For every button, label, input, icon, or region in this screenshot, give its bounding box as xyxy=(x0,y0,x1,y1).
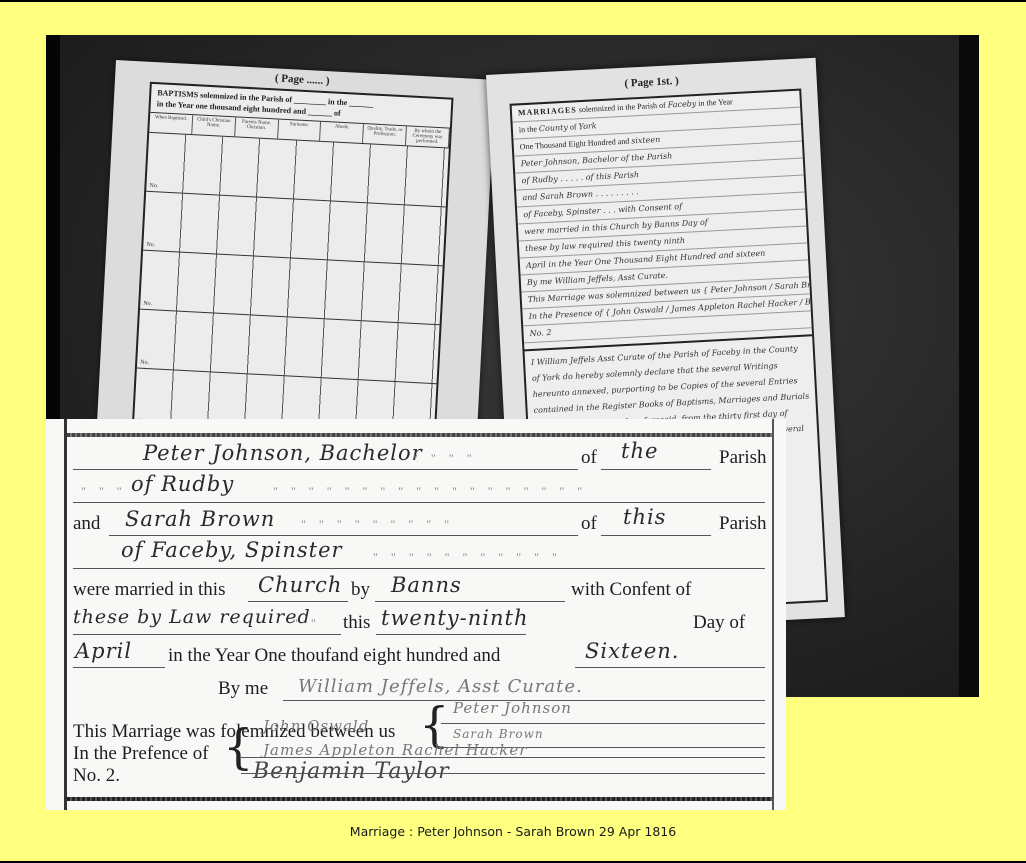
officiant-handwritten: William Jeffels, Asst Curate. xyxy=(298,676,583,697)
year-label: One Thousand Eight Hundred and xyxy=(520,137,630,152)
marriage-entry-enlargement: Peter Johnson, Bachelor " " " " of the P… xyxy=(46,419,786,810)
county-handwritten: County xyxy=(539,123,568,134)
bride-name-handwritten: Sarah Brown xyxy=(125,507,275,531)
fill-rule xyxy=(241,773,765,774)
column-header: Surname. xyxy=(278,120,322,141)
county-name-handwritten: York xyxy=(578,121,597,131)
bride-place-line: of Faceby, Spinster " " " " " " " " " " … xyxy=(73,538,765,572)
column-header: By whom the Ceremony was performed. xyxy=(406,126,450,147)
frame-right xyxy=(772,419,774,810)
banns-handwritten: Banns xyxy=(391,573,462,597)
column-header: Parents Name. Christian. xyxy=(235,117,279,138)
bride-place-handwritten: of Faceby, Spinster xyxy=(121,538,343,562)
groom-line: Peter Johnson, Bachelor " " " " of the P… xyxy=(73,439,765,473)
ditto-marks: " " xyxy=(293,616,321,631)
heading-text-end: in the Year xyxy=(698,97,733,108)
groom-parish-handwritten: the xyxy=(621,439,658,463)
parish-handwritten: Faceby xyxy=(667,99,696,109)
witness-signature: Benjamin Taylor xyxy=(253,759,450,784)
marriages-heading: MARRIAGES xyxy=(518,105,577,117)
ditto-marks: " " " " xyxy=(413,451,477,466)
presence-label: In the Prefence of xyxy=(73,743,209,765)
entry-number: No. 2. xyxy=(73,765,120,787)
consent-day-line: these by Law required " " this twenty-ni… xyxy=(73,604,765,638)
county-label: in the xyxy=(519,124,537,134)
row-number-label: No. xyxy=(149,183,158,189)
frame-bottom xyxy=(67,797,772,801)
bride-signature: Sarah Brown xyxy=(453,727,544,741)
ditto-marks: " " " xyxy=(81,484,127,499)
month-year-line: April in the Year One thoufand eight hun… xyxy=(73,637,765,671)
consent-handwritten: these by Law required xyxy=(73,606,311,628)
groom-signature: Peter Johnson xyxy=(453,699,572,717)
this-label: this xyxy=(343,612,370,634)
bride-line: and Sarah Brown " " " " " " " " " of thi… xyxy=(73,505,765,539)
by-label: by xyxy=(351,579,370,601)
ditto-marks: " " " " " " " " " xyxy=(301,517,454,532)
column-header: Abode. xyxy=(320,122,364,143)
column-header: When Baptized. xyxy=(149,113,193,134)
consent-label: with Confent of xyxy=(571,579,691,601)
witness-signature: John Oswald xyxy=(263,717,369,735)
top-border xyxy=(0,0,1026,2)
groom-place-line: " " " of Rudby " " " " " " " " " " " " "… xyxy=(73,472,765,506)
day-handwritten: twenty-ninth xyxy=(381,606,529,630)
row-number-label: No. xyxy=(146,242,155,248)
photo-edge-right xyxy=(959,35,979,697)
column-header: Child's Christian Name. xyxy=(192,115,236,136)
and-label: and xyxy=(73,513,100,535)
parish-label: Parish xyxy=(719,447,767,469)
image-caption: Marriage : Peter Johnson - Sarah Brown 2… xyxy=(0,824,1026,839)
brace-icon: { xyxy=(223,719,254,775)
by-me-label: By me xyxy=(218,678,268,700)
ditto-marks: " " " " " " " " " " " " " " " " " " xyxy=(273,484,587,499)
year-handwritten: Sixteen. xyxy=(585,639,679,663)
row-number-label: No. xyxy=(140,360,149,366)
married-in-label: were married in this xyxy=(73,579,225,601)
year-label: in the Year One thoufand eight hundred a… xyxy=(168,645,500,667)
row-number-label: No. xyxy=(143,301,152,307)
church-banns-line: were married in this Church by Banns wit… xyxy=(73,571,765,605)
fill-rule xyxy=(241,757,765,758)
ditto-marks: " " " " " " " " " " " xyxy=(373,550,562,565)
year-handwritten: sixteen xyxy=(631,135,660,146)
groom-name-handwritten: Peter Johnson, Bachelor xyxy=(143,441,423,465)
parish-label: Parish xyxy=(719,513,767,535)
bride-parish-handwritten: this xyxy=(623,505,666,529)
of-label: of xyxy=(581,513,597,535)
of-label: of xyxy=(581,447,597,469)
month-handwritten: April xyxy=(75,639,132,663)
church-handwritten: Church xyxy=(258,573,342,597)
frame-left xyxy=(64,419,67,810)
column-header: Quality, Trade, or Profession. xyxy=(363,124,407,145)
witnesses-line: In the Prefence of { John Oswald James A… xyxy=(73,757,765,797)
county-of-label: of xyxy=(570,122,577,131)
day-of-label: Day of xyxy=(693,612,745,634)
frame-top xyxy=(67,433,772,437)
groom-place-handwritten: of Rudby xyxy=(131,472,234,496)
heading-text: solemnized in the Parish of xyxy=(578,101,665,115)
